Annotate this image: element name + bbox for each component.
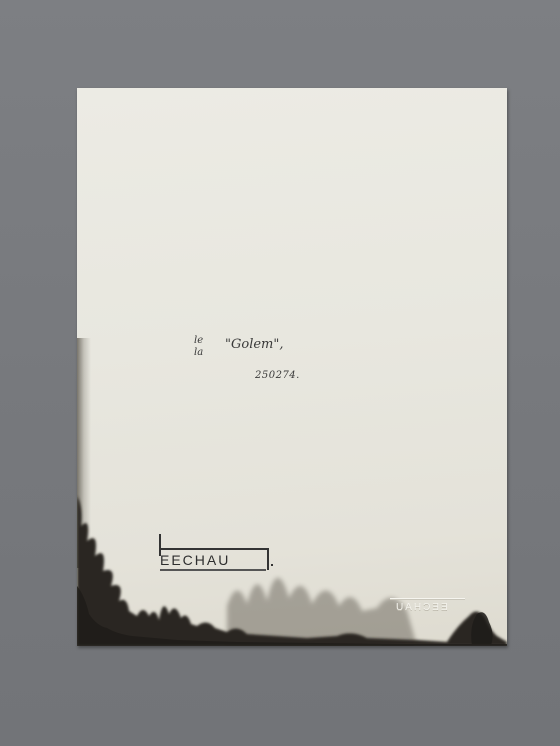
photographer-stamp: EECHAU [157,534,271,574]
stamp-frame-right [267,548,269,570]
emboss-line [390,598,465,599]
emboss-text: EECHAU [394,602,448,613]
stamp-underline [160,569,266,571]
handwritten-title: "Golem", [225,338,283,351]
handwritten-date: 250274. [255,371,300,381]
tree-silhouette-ink [77,486,507,646]
stamp-frame-top [159,548,269,550]
handwritten-note-la: la [194,348,203,358]
stamp-text: EECHAU [160,552,230,568]
handwritten-note-le: le [194,336,203,346]
photo-print-back: le la "Golem", 250274. EECHAU EECHAU [77,88,507,646]
blind-emboss-stamp: EECHAU [390,596,465,616]
stamp-dot [271,564,273,566]
